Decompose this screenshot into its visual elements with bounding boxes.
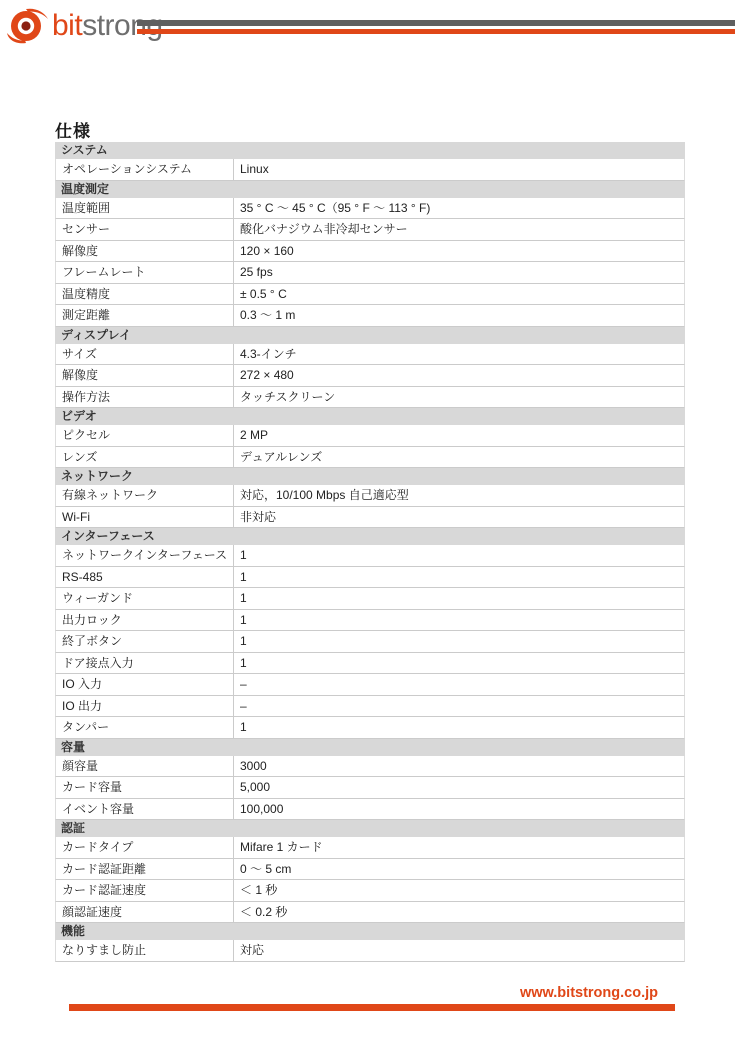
table-row: 顔容量3000: [55, 756, 685, 778]
row-label: サイズ: [56, 344, 234, 365]
table-row: 温度精度± 0.5 ° C: [55, 284, 685, 306]
row-value: 対応: [234, 940, 684, 961]
table-row: 出力ロック1: [55, 610, 685, 632]
row-value: Mifare 1 カード: [234, 837, 684, 858]
table-row: タンパー1: [55, 717, 685, 739]
table-row: 終了ボタン1: [55, 631, 685, 653]
row-value: 1: [234, 653, 684, 674]
table-row: IO 入力–: [55, 674, 685, 696]
table-row: 解像度272 × 480: [55, 365, 685, 387]
row-label: レンズ: [56, 447, 234, 468]
header-rule-red: [137, 29, 735, 34]
row-value: 4.3-インチ: [234, 344, 684, 365]
row-value: 非対応: [234, 507, 684, 528]
row-value: タッチスクリーン: [234, 387, 684, 408]
table-row: なりすまし防止対応: [55, 940, 685, 962]
row-value: 35 ° C ～ 45 ° C（95 ° F ～ 113 ° F): [234, 198, 684, 219]
row-value: 対応，10/100 Mbps 自己適応型: [234, 485, 684, 506]
section-header: 機能: [55, 923, 685, 940]
row-label: カード認証距離: [56, 859, 234, 880]
row-label: カードタイプ: [56, 837, 234, 858]
bitstrong-swirl-icon: [7, 7, 49, 45]
row-value: 5,000: [234, 777, 684, 798]
row-value: ＜ 1 秒: [234, 880, 684, 901]
row-label: 出力ロック: [56, 610, 234, 631]
row-value: ＜ 0.2 秒: [234, 902, 684, 923]
row-value: –: [234, 674, 684, 695]
row-value: 1: [234, 588, 684, 609]
row-label: 測定距離: [56, 305, 234, 326]
row-label: 顔認証速度: [56, 902, 234, 923]
section-header: 認証: [55, 820, 685, 837]
table-row: ネットワークインターフェース1: [55, 545, 685, 567]
row-value: 1: [234, 567, 684, 588]
table-row: カード認証距離0 ～ 5 cm: [55, 859, 685, 881]
logo-text-bit: bit: [52, 9, 82, 42]
row-label: IO 入力: [56, 674, 234, 695]
row-value: 1: [234, 717, 684, 738]
row-value: 100,000: [234, 799, 684, 820]
table-row: 温度範囲35 ° C ～ 45 ° C（95 ° F ～ 113 ° F): [55, 198, 685, 220]
row-value: 120 × 160: [234, 241, 684, 262]
row-label: イベント容量: [56, 799, 234, 820]
row-label: 温度範囲: [56, 198, 234, 219]
row-label: カード認証速度: [56, 880, 234, 901]
table-row: イベント容量100,000: [55, 799, 685, 821]
table-row: RS-4851: [55, 567, 685, 589]
page-title: 仕様: [55, 117, 91, 142]
row-label: 温度精度: [56, 284, 234, 305]
row-value: 0 ～ 5 cm: [234, 859, 684, 880]
spec-table: システムオペレーションシステムLinux温度測定温度範囲35 ° C ～ 45 …: [55, 142, 685, 962]
table-row: 有線ネットワーク対応，10/100 Mbps 自己適応型: [55, 485, 685, 507]
table-row: 解像度120 × 160: [55, 241, 685, 263]
section-header: 温度測定: [55, 181, 685, 198]
row-label: ドア接点入力: [56, 653, 234, 674]
footer-rule-red: [69, 1004, 675, 1011]
row-label: ピクセル: [56, 425, 234, 446]
table-row: オペレーションシステムLinux: [55, 159, 685, 181]
table-row: センサー酸化バナジウム非冷却センサー: [55, 219, 685, 241]
row-value: 1: [234, 545, 684, 566]
table-row: サイズ4.3-インチ: [55, 344, 685, 366]
row-label: なりすまし防止: [56, 940, 234, 961]
table-row: 操作方法タッチスクリーン: [55, 387, 685, 409]
section-header: インターフェース: [55, 528, 685, 545]
row-label: RS-485: [56, 567, 234, 588]
row-value: 25 fps: [234, 262, 684, 283]
row-label: ウィーガンド: [56, 588, 234, 609]
row-value: 0.3 ～ 1 m: [234, 305, 684, 326]
row-value: ± 0.5 ° C: [234, 284, 684, 305]
table-row: カード認証速度＜ 1 秒: [55, 880, 685, 902]
row-label: オペレーションシステム: [56, 159, 234, 180]
section-header: 容量: [55, 739, 685, 756]
table-row: ドア接点入力1: [55, 653, 685, 675]
row-value: 3000: [234, 756, 684, 777]
table-row: Wi-Fi非対応: [55, 507, 685, 529]
section-header: ネットワーク: [55, 468, 685, 485]
bitstrong-logo: bitstrong: [7, 7, 163, 45]
row-label: ネットワークインターフェース: [56, 545, 234, 566]
table-row: 顔認証速度＜ 0.2 秒: [55, 902, 685, 924]
row-value: 1: [234, 631, 684, 652]
table-row: フレームレート25 fps: [55, 262, 685, 284]
row-label: 顔容量: [56, 756, 234, 777]
row-value: 272 × 480: [234, 365, 684, 386]
section-header: ディスプレイ: [55, 327, 685, 344]
row-label: Wi-Fi: [56, 507, 234, 528]
row-value: 酸化バナジウム非冷却センサー: [234, 219, 684, 240]
row-label: タンパー: [56, 717, 234, 738]
row-label: カード容量: [56, 777, 234, 798]
row-label: センサー: [56, 219, 234, 240]
row-label: IO 出力: [56, 696, 234, 717]
table-row: カード容量5,000: [55, 777, 685, 799]
row-label: 解像度: [56, 241, 234, 262]
table-row: 測定距離0.3 ～ 1 m: [55, 305, 685, 327]
logo-wordmark: bitstrong: [52, 11, 163, 41]
table-row: ウィーガンド1: [55, 588, 685, 610]
footer-url-link[interactable]: www.bitstrong.co.jp: [358, 985, 658, 1001]
section-header: ビデオ: [55, 408, 685, 425]
header-rule-gray: [137, 20, 735, 26]
row-value: 2 MP: [234, 425, 684, 446]
table-row: レンズデュアルレンズ: [55, 447, 685, 469]
table-row: カードタイプMifare 1 カード: [55, 837, 685, 859]
row-label: 解像度: [56, 365, 234, 386]
row-value: デュアルレンズ: [234, 447, 684, 468]
row-label: 操作方法: [56, 387, 234, 408]
row-value: Linux: [234, 159, 684, 180]
table-row: IO 出力–: [55, 696, 685, 718]
section-header: システム: [55, 142, 685, 159]
row-label: 終了ボタン: [56, 631, 234, 652]
table-row: ピクセル2 MP: [55, 425, 685, 447]
row-label: フレームレート: [56, 262, 234, 283]
row-label: 有線ネットワーク: [56, 485, 234, 506]
row-value: 1: [234, 610, 684, 631]
row-value: –: [234, 696, 684, 717]
